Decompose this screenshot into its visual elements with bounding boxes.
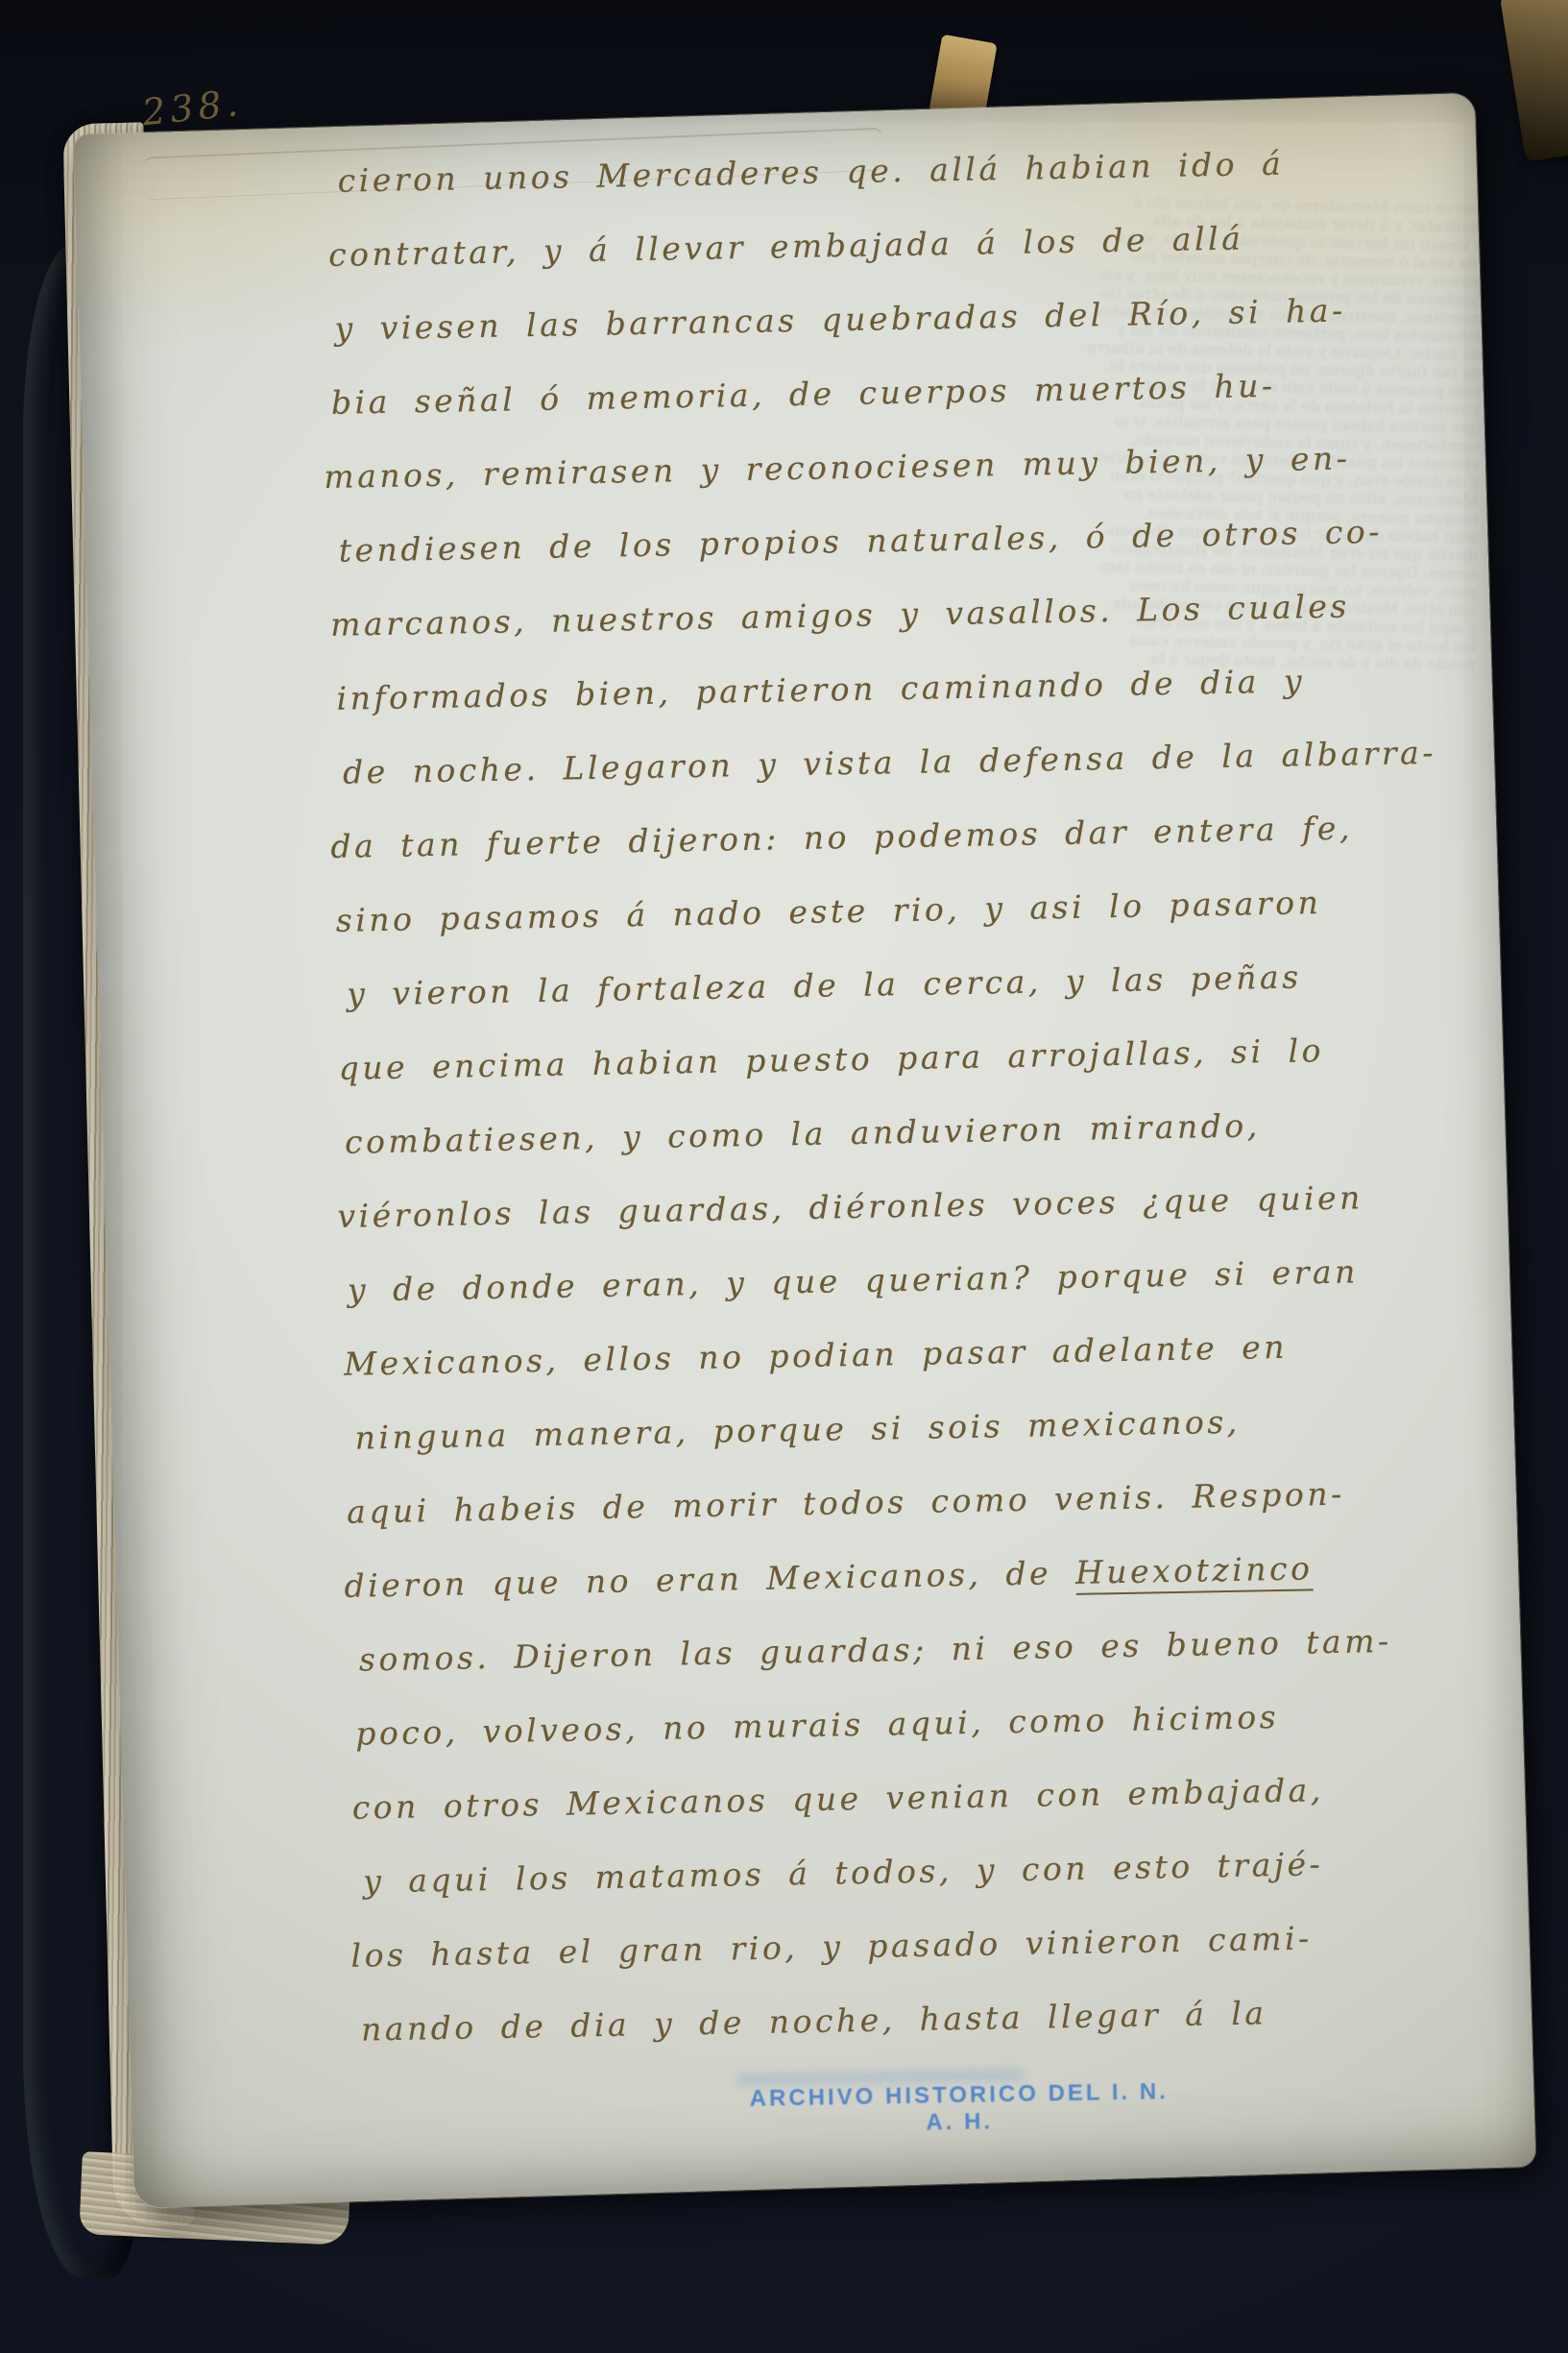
- stamp-text: ARCHIVO HISTORICO DEL I. N. A. H.: [749, 2078, 1169, 2135]
- corner-object: [1500, 0, 1568, 162]
- archive-stamp: ARCHIVO HISTORICO DEL I. N. A. H.: [732, 2078, 1188, 2140]
- handwriting-block: cieron unos Mercaderes qe. allá habian i…: [322, 122, 1535, 2066]
- underlined-word: Huexotzinco: [1075, 1549, 1314, 1595]
- photo-backdrop: 238. cieron unos Mercaderes qe. allá hab…: [0, 0, 1568, 2353]
- page-number: 238.: [140, 82, 245, 134]
